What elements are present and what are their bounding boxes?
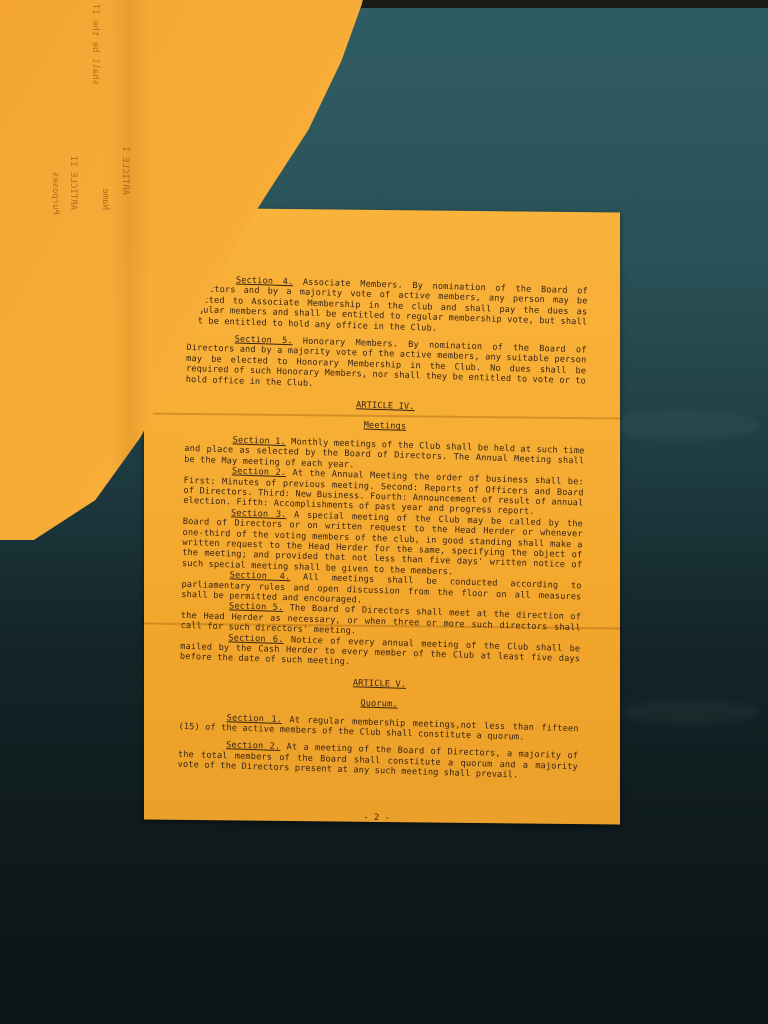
page-content: Section 4. Associate Members. By nominat… [177,274,588,829]
page-number: - 2 - [177,806,577,829]
mirrored-text: ARTICLE II [68,156,78,210]
cloth-wrinkle [600,410,760,440]
mirrored-text: shall be the IT DOCUMENT [90,0,100,85]
section-text: Associate Members. By nomination of the … [187,277,588,333]
article-v-section-2: Section 2. At a meeting of the Board of … [178,739,579,783]
section-honorary-members: Section 5. Honorary Members. By nominati… [186,333,587,398]
mirrored-text: Purposes [50,172,60,215]
mirrored-text: ARTICLE I [120,146,130,195]
article-iv-title: ARTICLE IV. [185,395,585,418]
article-v-title: ARTICLE V. [179,673,579,696]
mirrored-text: Name [100,188,110,210]
section-text: A special meeting of the Club may be cal… [182,510,583,577]
cloth-wrinkle [620,700,760,724]
section-associate-members: Section 4. Associate Members. By nominat… [187,274,588,339]
document-page: Section 4. Associate Members. By nominat… [144,208,620,825]
article-v-section-1: Section 1. At regular membership meeting… [178,711,578,744]
